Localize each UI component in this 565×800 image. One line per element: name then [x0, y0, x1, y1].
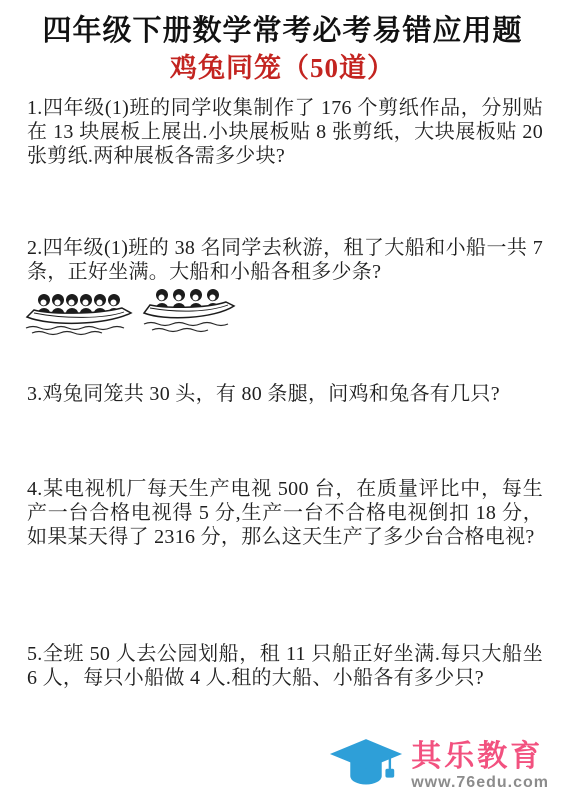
problem-5: 5.全班 50 人去公园划船，租 11 只船正好坐满.每只大船坐 6 人，每只小… [27, 642, 543, 690]
water-waves [26, 323, 228, 335]
website-url: www.76edu.com [411, 775, 549, 791]
brand-name: 其乐教育 [411, 742, 543, 772]
problem-1: 1.四年级(1)班的同学收集制作了 176 个剪纸作品，分别贴在 13 块展板上… [27, 96, 543, 168]
worksheet-page: 四年级下册数学常考必考易错应用题 鸡兔同笼（50道） 1.四年级(1)班的同学收… [0, 0, 565, 800]
footer-logo: 其乐教育 www.76edu.com [329, 738, 549, 794]
page-title: 四年级下册数学常考必考易错应用题 [0, 8, 565, 49]
problem-4: 4.某电视机厂每天生产电视 500 台，在质量评比中，每生产一台合格电视得 5 … [27, 477, 543, 549]
problem-2: 2.四年级(1)班的 38 名同学去秋游，租了大船和小船一共 7 条，正好坐满。… [27, 236, 543, 284]
page-subtitle: 鸡兔同笼（50道） [0, 46, 565, 85]
graduation-cap-icon [329, 738, 403, 794]
logo-text: 其乐教育 www.76edu.com [411, 742, 549, 791]
boats-illustration [24, 286, 236, 338]
boats-drawing [24, 286, 236, 338]
problem-3: 3.鸡兔同笼共 30 头，有 80 条腿，问鸡和兔各有几只? [27, 382, 543, 406]
